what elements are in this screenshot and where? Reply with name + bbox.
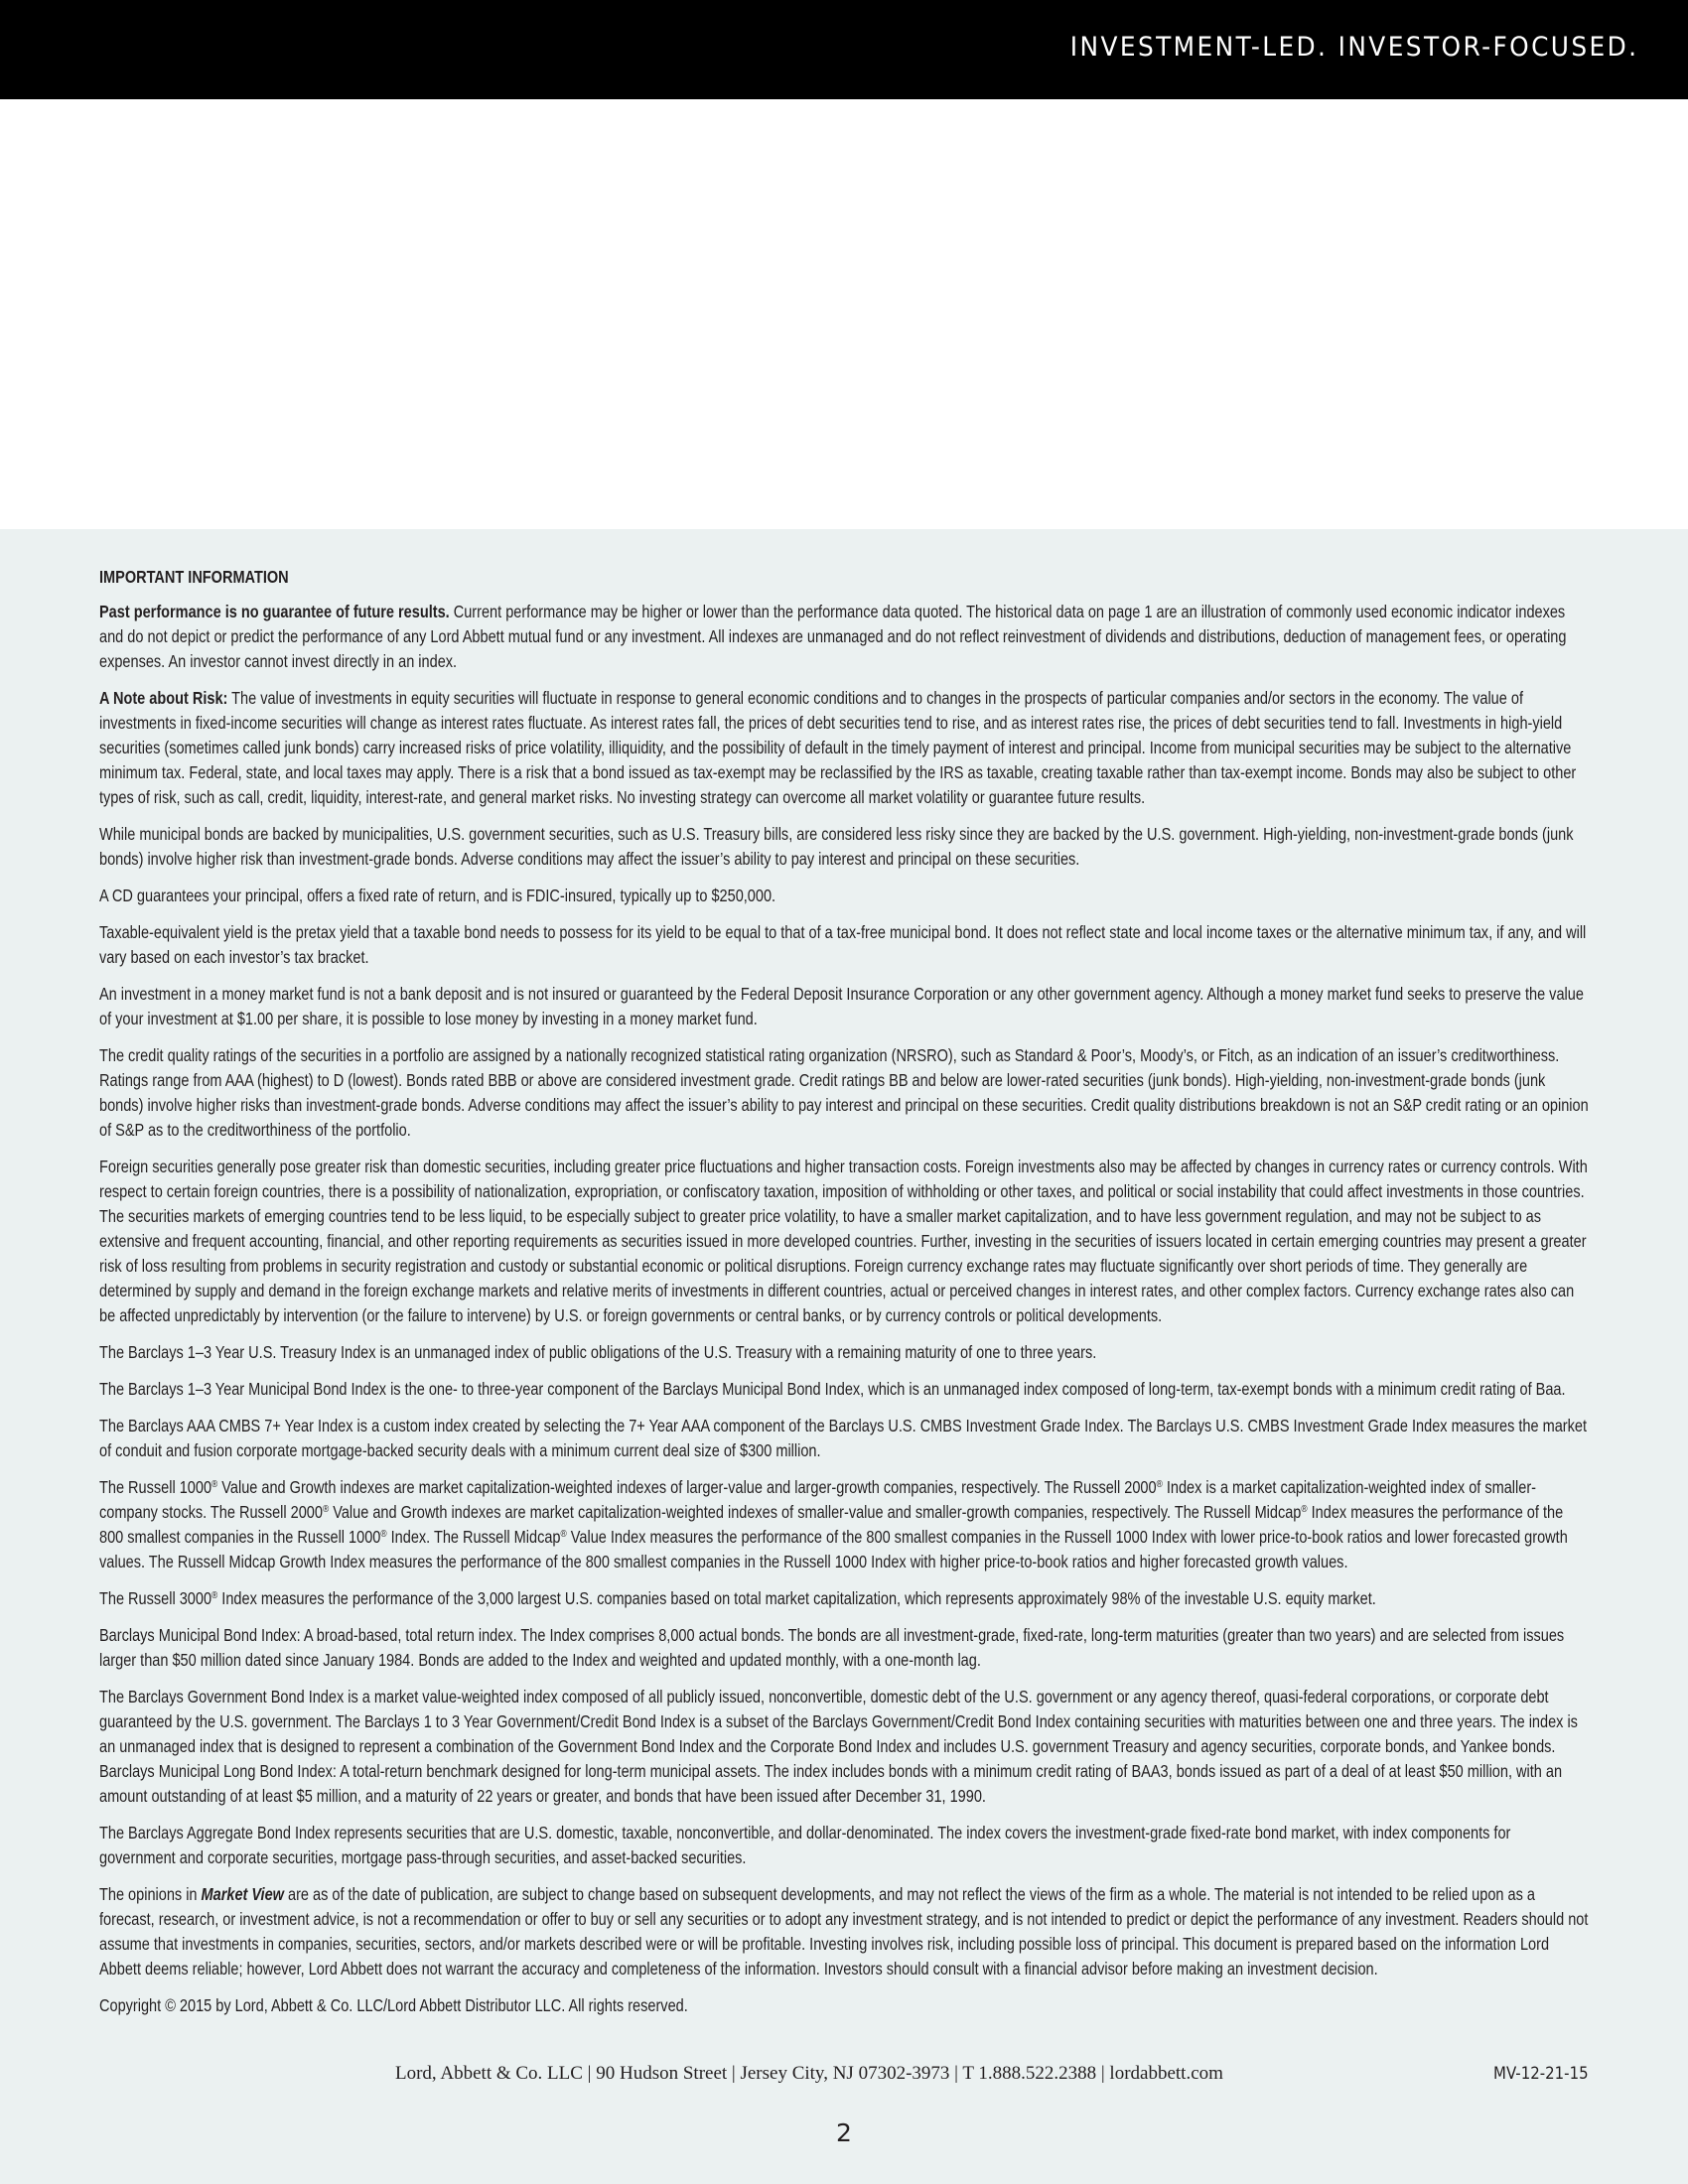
disclosure-money-market: An investment in a money market fund is … bbox=[99, 982, 1589, 1031]
disclosure-cmbs-index: The Barclays AAA CMBS 7+ Year Index is a… bbox=[99, 1414, 1589, 1463]
lead-text: A Note about Risk: bbox=[99, 688, 227, 708]
text-segment: The opinions in bbox=[99, 1884, 202, 1904]
disclosure-past-performance: Past performance is no guarantee of futu… bbox=[99, 600, 1589, 674]
text-segment: Index. The Russell Midcap bbox=[387, 1527, 561, 1547]
disclosure-cd: A CD guarantees your principal, offers a… bbox=[99, 884, 1589, 908]
section-heading: IMPORTANT INFORMATION bbox=[99, 565, 1589, 590]
disclosure-foreign-securities: Foreign securities generally pose greate… bbox=[99, 1155, 1589, 1328]
top-banner: INVESTMENT-LED. INVESTOR-FOCUSED. bbox=[0, 0, 1688, 99]
disclosure-credit-quality: The credit quality ratings of the securi… bbox=[99, 1043, 1589, 1143]
disclosure-barclays-aggregate: The Barclays Aggregate Bond Index repres… bbox=[99, 1821, 1589, 1870]
disclosure-opinions: The opinions in Market View are as of th… bbox=[99, 1882, 1589, 1981]
page-number: 2 bbox=[0, 2118, 1688, 2147]
text-segment: The Russell 1000 bbox=[99, 1477, 211, 1497]
text-segment: are as of the date of publication, are s… bbox=[99, 1884, 1588, 1979]
disclosure-barclays-government: The Barclays Government Bond Index is a … bbox=[99, 1685, 1589, 1809]
disclosure-risk-note: A Note about Risk: The value of investme… bbox=[99, 686, 1589, 810]
text-segment: Index measures the performance of the 3,… bbox=[217, 1588, 1376, 1608]
copyright-notice: Copyright © 2015 by Lord, Abbett & Co. L… bbox=[99, 1993, 1589, 2018]
body-text: The value of investments in equity secur… bbox=[99, 688, 1576, 807]
disclosure-content: IMPORTANT INFORMATION Past performance i… bbox=[99, 565, 1589, 2030]
important-information-panel: IMPORTANT INFORMATION Past performance i… bbox=[0, 529, 1688, 2184]
text-segment: Value and Growth indexes are market capi… bbox=[217, 1477, 1156, 1497]
disclosure-treasury-index: The Barclays 1–3 Year U.S. Treasury Inde… bbox=[99, 1340, 1589, 1365]
blank-area bbox=[0, 99, 1688, 529]
disclosure-russell-3000: The Russell 3000® Index measures the per… bbox=[99, 1586, 1589, 1611]
text-segment: Value and Growth indexes are market capi… bbox=[329, 1502, 1301, 1522]
disclosure-municipal-bond-index: The Barclays 1–3 Year Municipal Bond Ind… bbox=[99, 1377, 1589, 1402]
footer-address: Lord, Abbett & Co. LLC | 90 Hudson Stree… bbox=[395, 2063, 1223, 2085]
disclosure-taxable-equivalent-yield: Taxable-equivalent yield is the pretax y… bbox=[99, 920, 1589, 970]
publication-name: Market View bbox=[202, 1884, 284, 1904]
document-code: MV-12-21-15 bbox=[1493, 2064, 1589, 2084]
disclosure-russell-indexes: The Russell 1000® Value and Growth index… bbox=[99, 1475, 1589, 1574]
lead-text: Past performance is no guarantee of futu… bbox=[99, 602, 450, 621]
disclosure-barclays-municipal: Barclays Municipal Bond Index: A broad-b… bbox=[99, 1623, 1589, 1673]
disclosure-municipal-bonds: While municipal bonds are backed by muni… bbox=[99, 822, 1589, 872]
tagline: INVESTMENT-LED. INVESTOR-FOCUSED. bbox=[1069, 32, 1638, 63]
text-segment: The Russell 3000 bbox=[99, 1588, 211, 1608]
